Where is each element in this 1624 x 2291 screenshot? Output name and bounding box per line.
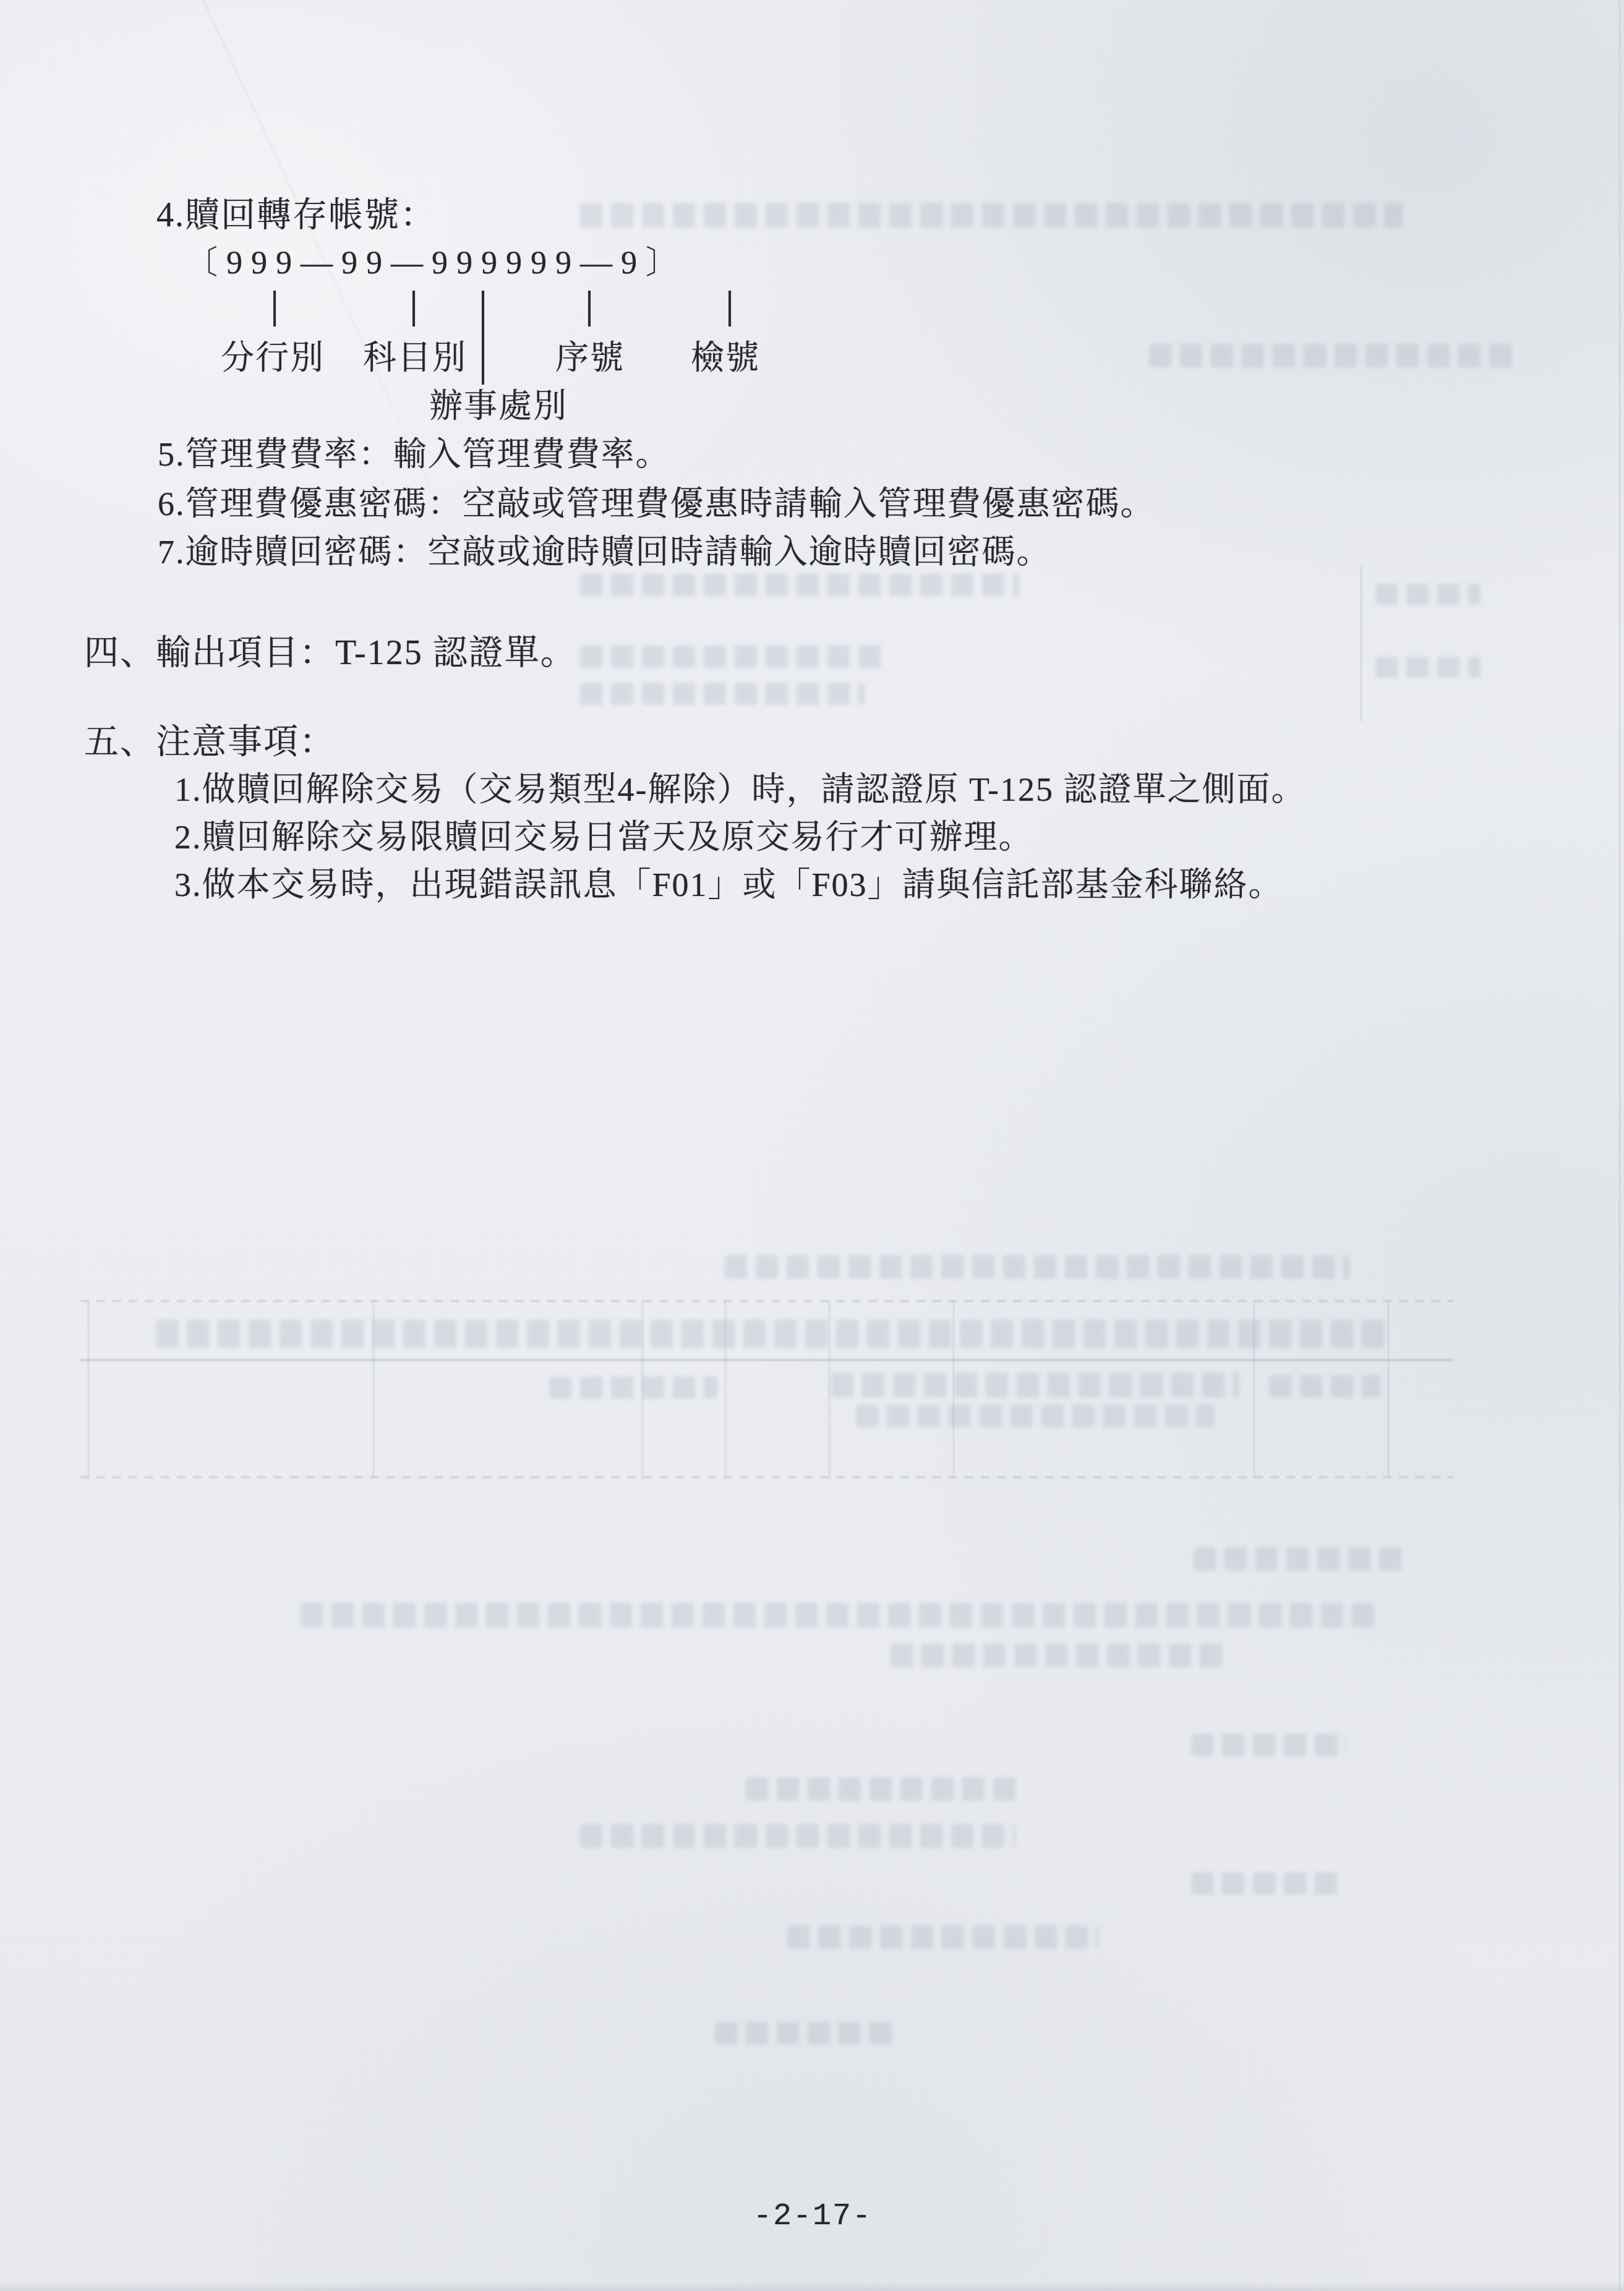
diagram-tick-office bbox=[482, 291, 484, 385]
item-5: 5.管理費費率：輸入管理費費率。 bbox=[158, 438, 670, 471]
section-notes-heading: 五、注意事項： bbox=[84, 725, 335, 759]
bleed-through-text-band bbox=[1149, 344, 1520, 367]
bleed-through-text-band bbox=[1375, 584, 1481, 605]
paper-bottom-edge-shadow bbox=[0, 2282, 1624, 2291]
diagram-label-branch: 分行別 bbox=[221, 341, 325, 375]
bleed-through-text-band bbox=[549, 1376, 717, 1399]
bleed-through-text-band bbox=[787, 1926, 1099, 1949]
bleed-through-text-band bbox=[715, 2022, 894, 2044]
bleed-through-text-band bbox=[156, 1320, 1387, 1348]
section-output: 四、輸出項目：T-125 認證單。 bbox=[84, 636, 576, 670]
bleed-through-table-rule bbox=[80, 1359, 1453, 1361]
page-number: -2-17- bbox=[753, 2201, 872, 2232]
paper-right-edge-shadow bbox=[1619, 0, 1620, 2291]
item-6: 6.管理費優惠密碼：空敲或管理費優惠時請輸入管理費優惠密碼。 bbox=[158, 487, 1155, 521]
bleed-through-table-rule bbox=[80, 1477, 1453, 1478]
note-item: 1.做贖回解除交易（交易類型4-解除）時，請認證原 T-125 認證單之側面。 bbox=[174, 773, 1306, 806]
bleed-through-text-band bbox=[1194, 1547, 1406, 1571]
bleed-through-table-line bbox=[1388, 1300, 1389, 1478]
bleed-through-text-band bbox=[856, 1405, 1215, 1427]
diagram-label-check: 檢號 bbox=[691, 341, 760, 375]
note-item: 3.做本交易時，出現錯誤訊息「F01」或「F03」請與信託部基金科聯絡。 bbox=[174, 868, 1283, 902]
bleed-through-text-band bbox=[580, 1824, 1015, 1848]
bleed-through-line bbox=[1361, 566, 1362, 722]
bleed-through-text-band bbox=[580, 683, 865, 705]
bleed-through-text-band bbox=[580, 203, 1403, 228]
diagram-tick-branch bbox=[273, 291, 276, 326]
bleed-through-text-band bbox=[831, 1373, 1239, 1397]
diagram-tick-subject bbox=[412, 291, 415, 326]
account-number-format: 〔999—99—999999—9〕 bbox=[186, 247, 686, 279]
item-7: 7.逾時贖回密碼：空敲或逾時贖回時請輸入逾時贖回密碼。 bbox=[158, 535, 1051, 569]
item-4-heading: 4.贖回轉存帳號： bbox=[156, 198, 436, 233]
bleed-through-text-band bbox=[580, 646, 883, 668]
bleed-through-table-rule bbox=[80, 1300, 1453, 1302]
bleed-through-text-band bbox=[1375, 657, 1481, 678]
bleed-through-text-band bbox=[580, 574, 1019, 596]
bleed-through-text-band bbox=[1191, 1872, 1340, 1895]
bleed-through-text-band bbox=[891, 1644, 1224, 1667]
bleed-through-text-band bbox=[1191, 1734, 1347, 1756]
diagram-tick-serial bbox=[588, 291, 591, 326]
scanned-document-page: 4.贖回轉存帳號： 〔999—99—999999—9〕 分行別 科目別 序號 檢… bbox=[0, 0, 1624, 2291]
bleed-through-text-band bbox=[725, 1255, 1349, 1279]
note-item: 2.贖回解除交易限贖回交易日當天及原交易行才可辦理。 bbox=[174, 821, 1033, 854]
bleed-through-text-band bbox=[301, 1603, 1379, 1628]
diagram-tick-check bbox=[729, 291, 731, 326]
bleed-through-table-line bbox=[88, 1300, 89, 1478]
diagram-label-serial: 序號 bbox=[555, 341, 625, 375]
bleed-through-text-band bbox=[746, 1777, 1018, 1801]
bleed-through-text-band bbox=[1269, 1375, 1380, 1397]
diagram-label-office: 辦事處別 bbox=[429, 390, 568, 423]
diagram-label-subject: 科目別 bbox=[363, 341, 467, 375]
